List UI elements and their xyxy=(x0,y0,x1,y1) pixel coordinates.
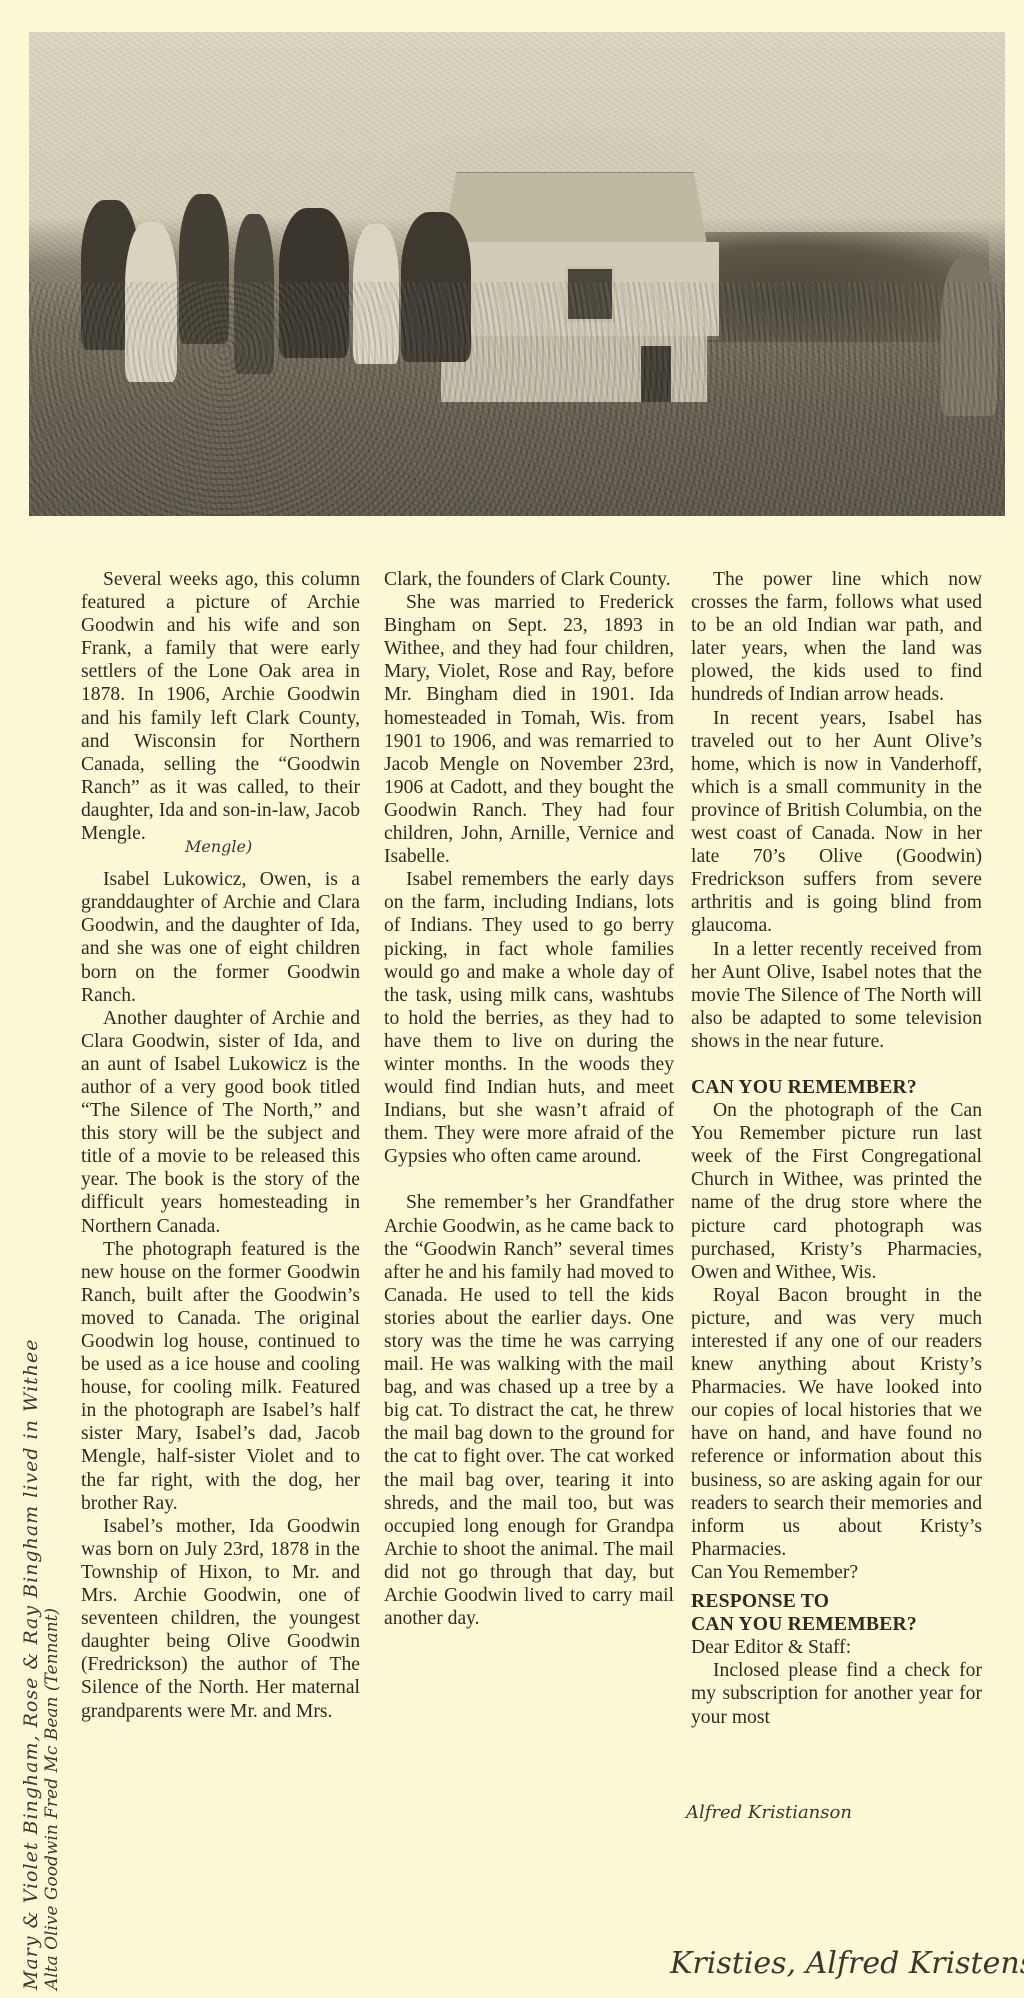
letter-salutation: Dear Editor & Staff: xyxy=(691,1636,982,1659)
grass-field xyxy=(29,282,1005,516)
handwritten-signature: Kristies, Alfred Kristensen xyxy=(670,1946,1024,1981)
article-column-3: The power line which now crosses the far… xyxy=(691,568,982,1729)
paragraph: She was married to Frederick Bingham on … xyxy=(384,591,674,868)
paragraph: Clark, the founders of Clark County. xyxy=(384,568,674,591)
closing-line: Can You Remember? xyxy=(691,1561,982,1584)
paragraph: Isabel’s mother, Ida Goodwin was born on… xyxy=(81,1515,360,1723)
handwritten-margin-note: Mary & Violet Bingham, Rose & Ray Bingha… xyxy=(20,1338,42,1990)
paragraph: Isabel remembers the early days on the f… xyxy=(384,868,674,1168)
paragraph: Another daughter of Archie and Clara Goo… xyxy=(81,1007,360,1238)
paragraph: She remember’s her Grandfather Archie Go… xyxy=(384,1191,674,1630)
article-column-1: Several weeks ago, this column featured … xyxy=(81,568,360,1723)
house-roof xyxy=(443,172,707,244)
paragraph: In recent years, Isabel has traveled out… xyxy=(691,707,982,938)
handwritten-mengle-correction: Mengle) xyxy=(185,837,252,856)
section-heading-can-you-remember: CAN YOU REMEMBER? xyxy=(691,1076,982,1099)
paragraph: In a letter recently received from her A… xyxy=(691,938,982,1053)
paragraph: Isabel Lukowicz, Owen, is a granddaughte… xyxy=(81,868,360,1007)
handwritten-margin-note-2: Alta Olive Goodwin Fred Mc Bean (Tennant… xyxy=(42,1608,62,1990)
section-heading-response-line-2: CAN YOU REMEMBER? xyxy=(691,1613,982,1636)
section-heading-response: RESPONSE TO xyxy=(691,1590,982,1613)
handwritten-alfred-note: Alfred Kristianson xyxy=(686,1802,852,1823)
paragraph: The photograph featured is the new house… xyxy=(81,1238,360,1515)
paragraph: The power line which now crosses the far… xyxy=(691,568,982,707)
paragraph: On the photograph of the Can You Remembe… xyxy=(691,1099,982,1284)
article-column-2: Clark, the founders of Clark County. She… xyxy=(384,568,674,1630)
paragraph: Royal Bacon brought in the picture, and … xyxy=(691,1284,982,1561)
paragraph: Inclosed please find a check for my subs… xyxy=(691,1659,982,1728)
historic-farm-photograph xyxy=(29,32,1005,516)
paragraph: Several weeks ago, this column featured … xyxy=(81,568,360,845)
